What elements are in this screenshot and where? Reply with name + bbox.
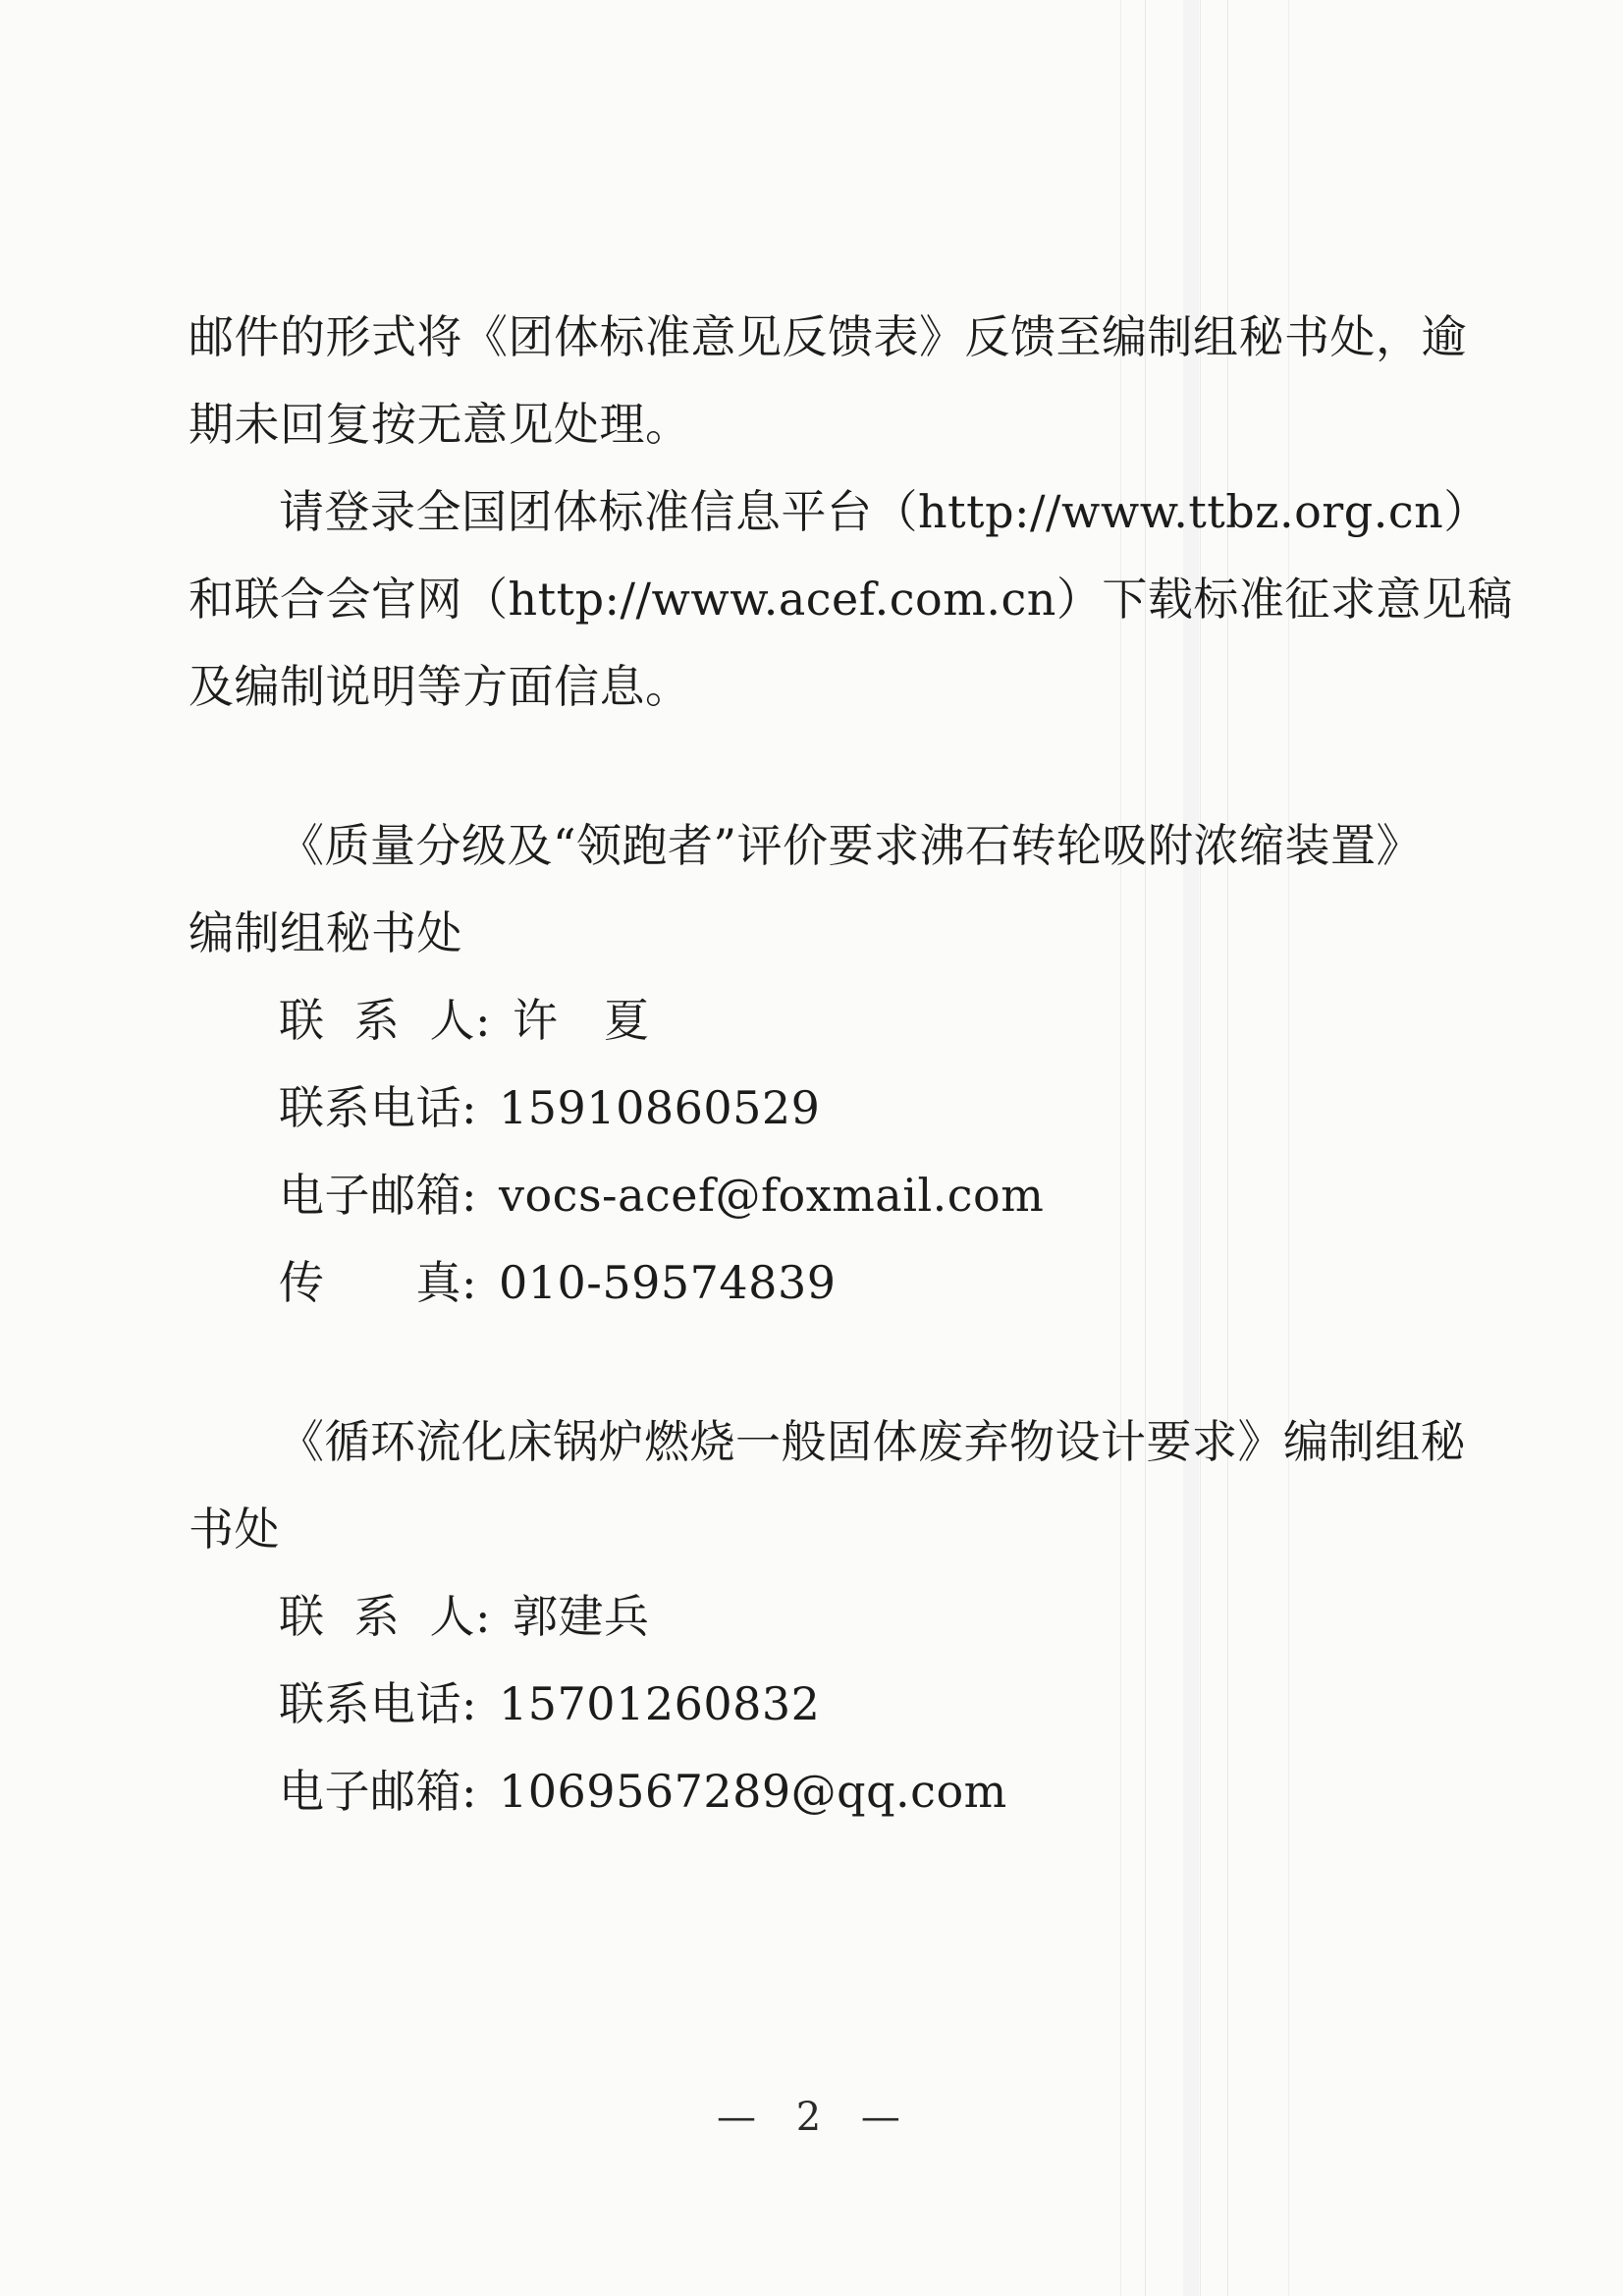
contact-row: 电子邮箱:vocs-acef@foxmail.com: [189, 1152, 1446, 1239]
section2-title-line: 书处: [189, 1486, 1446, 1573]
contact-value: 010-59574839: [499, 1256, 836, 1309]
page-number: — 2 —: [0, 2090, 1623, 2145]
contact-label: 电子邮箱:: [279, 1765, 477, 1818]
contact-label: 联系电话:: [279, 1081, 477, 1134]
paragraph-line: 及编制说明等方面信息。: [189, 643, 1446, 731]
scanned-document-page: 邮件的形式将《团体标准意见反馈表》反馈至编制组秘书处，逾 期未回复按无意见处理。…: [0, 0, 1623, 2296]
section1-title-line: 《质量分级及“领跑者”评价要求沸石转轮吸附浓缩装置》: [189, 802, 1446, 890]
paragraph-line: 邮件的形式将《团体标准意见反馈表》反馈至编制组秘书处，逾: [189, 294, 1446, 381]
contact-value: 15701260832: [499, 1677, 820, 1730]
contact-value: 1069567289@qq.com: [499, 1765, 1007, 1818]
contact-value: vocs-acef@foxmail.com: [499, 1169, 1044, 1222]
contact-row: 联 系 人:郭建兵: [189, 1573, 1446, 1661]
contact-value: 郭建兵: [513, 1590, 650, 1643]
contact-row: 联系电话:15701260832: [189, 1661, 1446, 1748]
contact-row: 电子邮箱:1069567289@qq.com: [189, 1748, 1446, 1835]
contact-value: 15910860529: [499, 1081, 820, 1134]
section2-title-line: 《循环流化床锅炉燃烧一般固体废弃物设计要求》编制组秘: [189, 1398, 1446, 1486]
paragraph-line: 和联合会官网（http://www.acef.com.cn）下载标准征求意见稿: [189, 556, 1446, 643]
contact-value: 许 夏: [513, 994, 650, 1047]
contact-row: 联 系 人:许 夏: [189, 977, 1446, 1065]
contact-row: 联系电话:15910860529: [189, 1065, 1446, 1152]
contact-label: 传 真:: [279, 1256, 477, 1309]
contact-row: 传 真:010-59574839: [189, 1239, 1446, 1327]
paragraph-line: 请登录全国团体标准信息平台（http://www.ttbz.org.cn）: [189, 468, 1446, 556]
section1-title-line: 编制组秘书处: [189, 890, 1446, 977]
contact-label: 电子邮箱:: [279, 1169, 477, 1222]
contact-label: 联 系 人:: [279, 994, 491, 1047]
contact-label: 联系电话:: [279, 1677, 477, 1730]
contact-label: 联 系 人:: [279, 1590, 491, 1643]
paragraph-line: 期未回复按无意见处理。: [189, 381, 1446, 468]
document-body: 邮件的形式将《团体标准意见反馈表》反馈至编制组秘书处，逾 期未回复按无意见处理。…: [189, 294, 1446, 1835]
